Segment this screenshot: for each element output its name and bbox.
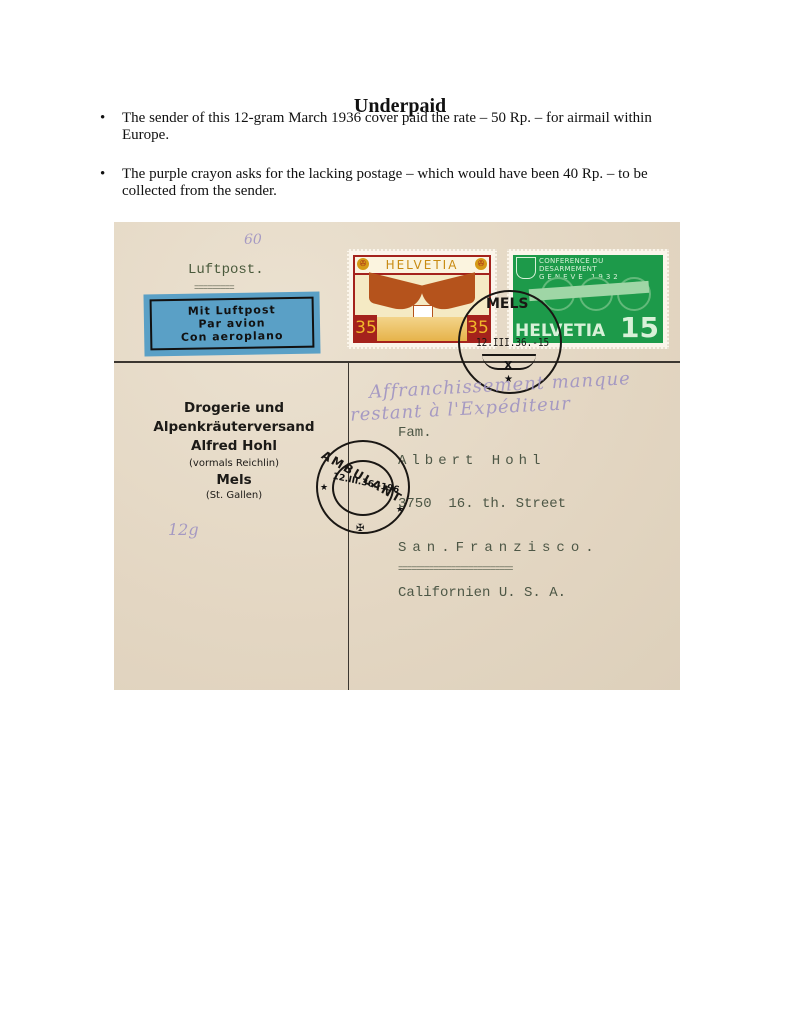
geneva-shield-icon bbox=[516, 257, 536, 279]
address-underline: ========================== bbox=[398, 559, 512, 579]
crayon-weight-note: 12g bbox=[168, 520, 199, 539]
postmark-mark: X bbox=[504, 359, 512, 372]
stamp-value: 35 bbox=[355, 315, 377, 341]
postmark-date: 12.III.36.-196 bbox=[332, 472, 395, 495]
mountain-landscape bbox=[377, 317, 467, 341]
bullet-icon: • bbox=[100, 110, 105, 127]
stamp-country: HELVETIA bbox=[355, 257, 489, 275]
sender-name: Alfred Hohl bbox=[134, 437, 334, 456]
bullet-text: The purple crayon asks for the lacking p… bbox=[122, 166, 692, 200]
luftpost-underline: ========= bbox=[194, 283, 234, 293]
bullet-text: The sender of this 12-gram March 1936 co… bbox=[122, 110, 692, 144]
address-name: Albert Hohl bbox=[398, 451, 545, 471]
crayon-top-note: 60 bbox=[244, 232, 262, 248]
propeller-icon: ✇ bbox=[475, 258, 487, 270]
star-icon: ★ bbox=[396, 504, 404, 515]
sender-line: Alpenkräuterversand bbox=[134, 418, 334, 437]
star-icon: ★ bbox=[320, 482, 328, 493]
postmark-inner-ring: 12.III.36.-196 bbox=[332, 460, 394, 516]
cover-divider-horizontal bbox=[114, 361, 680, 363]
address-line: Fam. bbox=[398, 423, 432, 443]
address-country: Californien U. S. A. bbox=[398, 583, 566, 603]
sender-town: Mels bbox=[134, 471, 334, 489]
swiss-cross-icon: ✠ bbox=[356, 523, 364, 534]
winged-letter-icon bbox=[369, 279, 475, 317]
bullet-icon: • bbox=[100, 166, 105, 183]
sender-line: Drogerie und bbox=[134, 399, 334, 418]
luftpost-typed: Luftpost. bbox=[188, 262, 264, 278]
address-street: 3750 16. th. Street bbox=[398, 494, 566, 514]
propeller-icon: ✇ bbox=[357, 258, 369, 270]
postmark-date: 12.III.36.-15 bbox=[476, 336, 549, 349]
airmail-label-line: Par avion bbox=[198, 316, 265, 330]
postmark-name: MELS bbox=[486, 296, 529, 312]
sender-canton: (St. Gallen) bbox=[134, 489, 334, 503]
airmail-label-line: Con aeroplano bbox=[181, 329, 284, 344]
airmail-label: Mit Luftpost Par avion Con aeroplano bbox=[143, 291, 320, 356]
sender-line: (vormals Reichlin) bbox=[134, 456, 334, 471]
address-city: San.Franzisco. bbox=[398, 538, 600, 558]
postmark-ambulant: AMBULANT 12.III.36.-196 ★ ★ ✠ bbox=[316, 440, 410, 534]
airmail-label-box: Mit Luftpost Par avion Con aeroplano bbox=[150, 297, 315, 351]
stamp-value: 15 bbox=[620, 313, 659, 343]
postal-cover: 60 Luftpost. ========= Mit Luftpost Par … bbox=[114, 222, 680, 690]
sender-imprint: Drogerie und Alpenkräuterversand Alfred … bbox=[134, 399, 334, 503]
